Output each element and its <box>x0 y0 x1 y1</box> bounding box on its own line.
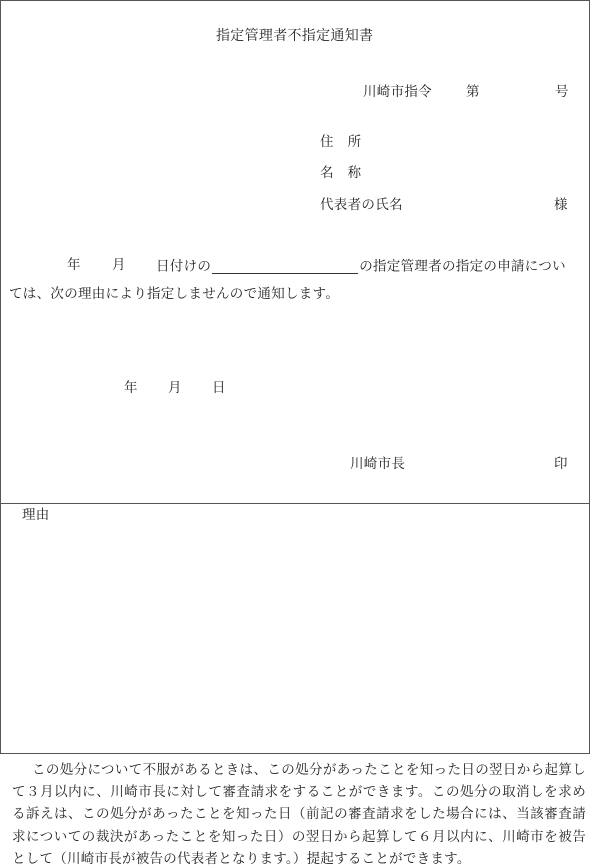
notice-form-frame <box>0 0 590 754</box>
issue-year: 年 <box>124 382 138 396</box>
document-title: 指定管理者不指定通知書 <box>216 29 373 43</box>
appeal-notice: この処分について不服があるときは、この処分があったことを知った日の翌日から起算し… <box>12 759 586 867</box>
honorific: 様 <box>554 199 568 213</box>
application-text-continued: の指定管理者の指定の申請につい <box>359 259 566 275</box>
facility-name-blank <box>212 259 358 274</box>
issue-day: 日 <box>212 382 226 396</box>
issuer-name: 川崎市長 <box>350 458 405 472</box>
issue-month: 月 <box>168 382 182 396</box>
address-label: 住 所 <box>320 136 361 150</box>
application-date-line: 日付けのの指定管理者の指定の申請につい <box>156 259 566 274</box>
application-year: 年 <box>67 259 81 273</box>
application-day-suffix: 日付けの <box>156 259 211 275</box>
reason-section-divider <box>0 503 590 504</box>
reference-prefix: 川崎市指令 <box>363 86 432 100</box>
issuer-seal: 印 <box>554 458 568 472</box>
reference-number-label: 第 <box>466 86 480 100</box>
reason-label: 理由 <box>22 509 50 523</box>
reference-suffix: 号 <box>555 86 569 100</box>
notice-body-line2: ては、次の理由により指定しませんので通知します。 <box>9 288 339 302</box>
application-month: 月 <box>112 259 126 273</box>
representative-label: 代表者の氏名 <box>320 199 403 213</box>
name-label: 名 称 <box>320 167 361 181</box>
